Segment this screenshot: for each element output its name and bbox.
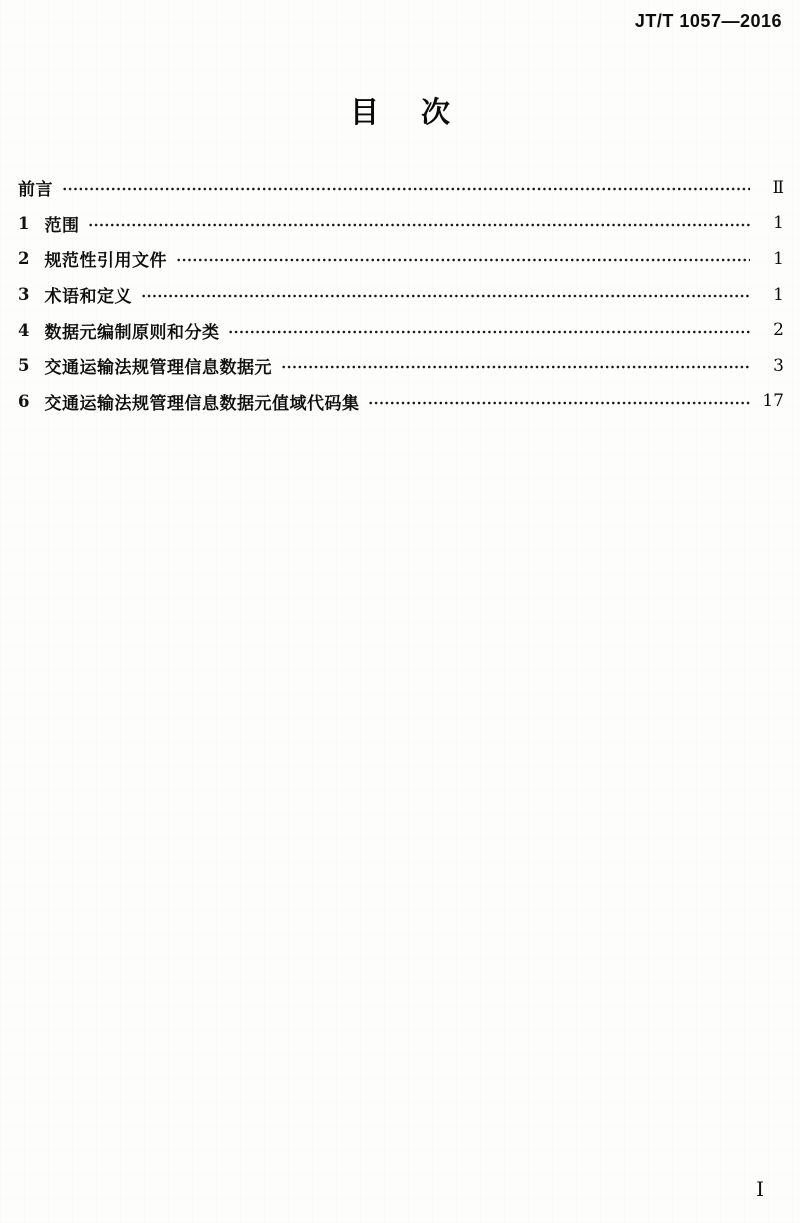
toc-entry-number: 1 (18, 214, 29, 233)
document-page: JT/T 1057—2016 目 次 前言 Ⅱ 1 范围 1 2 规范性引用文件… (0, 0, 800, 1223)
toc-entry-number: 5 (18, 356, 29, 375)
toc-row-foreword: 前言 Ⅱ (18, 170, 784, 206)
toc-entry-number: 2 (18, 249, 29, 268)
toc-entry-label: 数据元编制原则和分类 (44, 318, 219, 343)
toc-entry-page: 1 (758, 249, 784, 269)
toc-entry-page: 1 (758, 213, 784, 233)
toc-entry-number: 4 (18, 321, 29, 340)
toc-entry-page: 1 (758, 285, 784, 305)
toc-entry-label: 规范性引用文件 (44, 246, 167, 271)
toc-row-value-domain-code-sets: 6 交通运输法规管理信息数据元值域代码集 17 (18, 384, 784, 420)
dot-leader (228, 312, 750, 348)
dot-leader (62, 170, 750, 206)
toc-entry-page: 17 (758, 391, 784, 411)
toc-row-normative-references: 2 规范性引用文件 1 (18, 241, 784, 277)
toc-entry-label: 前言 (18, 175, 53, 200)
dot-leader (281, 348, 750, 384)
toc-entry-page: Ⅱ (758, 178, 784, 198)
toc-row-principles-classification: 4 数据元编制原则和分类 2 (18, 312, 784, 348)
toc-row-data-elements: 5 交通运输法规管理信息数据元 3 (18, 348, 784, 384)
dot-leader (368, 384, 750, 420)
toc-entry-label: 术语和定义 (44, 282, 132, 307)
toc-title: 目 次 (0, 90, 800, 131)
toc-entry-label: 交通运输法规管理信息数据元 (44, 353, 272, 378)
toc-entry-label: 交通运输法规管理信息数据元值域代码集 (44, 389, 359, 414)
toc-list: 前言 Ⅱ 1 范围 1 2 规范性引用文件 1 3 术语和定义 1 4 数据元编… (18, 170, 784, 419)
footer-page-number: I (756, 1177, 764, 1201)
dot-leader (141, 277, 750, 313)
toc-row-terms-definitions: 3 术语和定义 1 (18, 277, 784, 313)
toc-entry-label: 范围 (44, 211, 79, 236)
toc-entry-page: 2 (758, 320, 784, 340)
standard-code: JT/T 1057—2016 (635, 11, 782, 32)
toc-entry-page: 3 (758, 356, 784, 376)
dot-leader (88, 206, 750, 242)
toc-entry-number: 3 (18, 285, 29, 304)
toc-entry-number: 6 (18, 392, 29, 411)
dot-leader (176, 241, 750, 277)
toc-row-scope: 1 范围 1 (18, 206, 784, 242)
